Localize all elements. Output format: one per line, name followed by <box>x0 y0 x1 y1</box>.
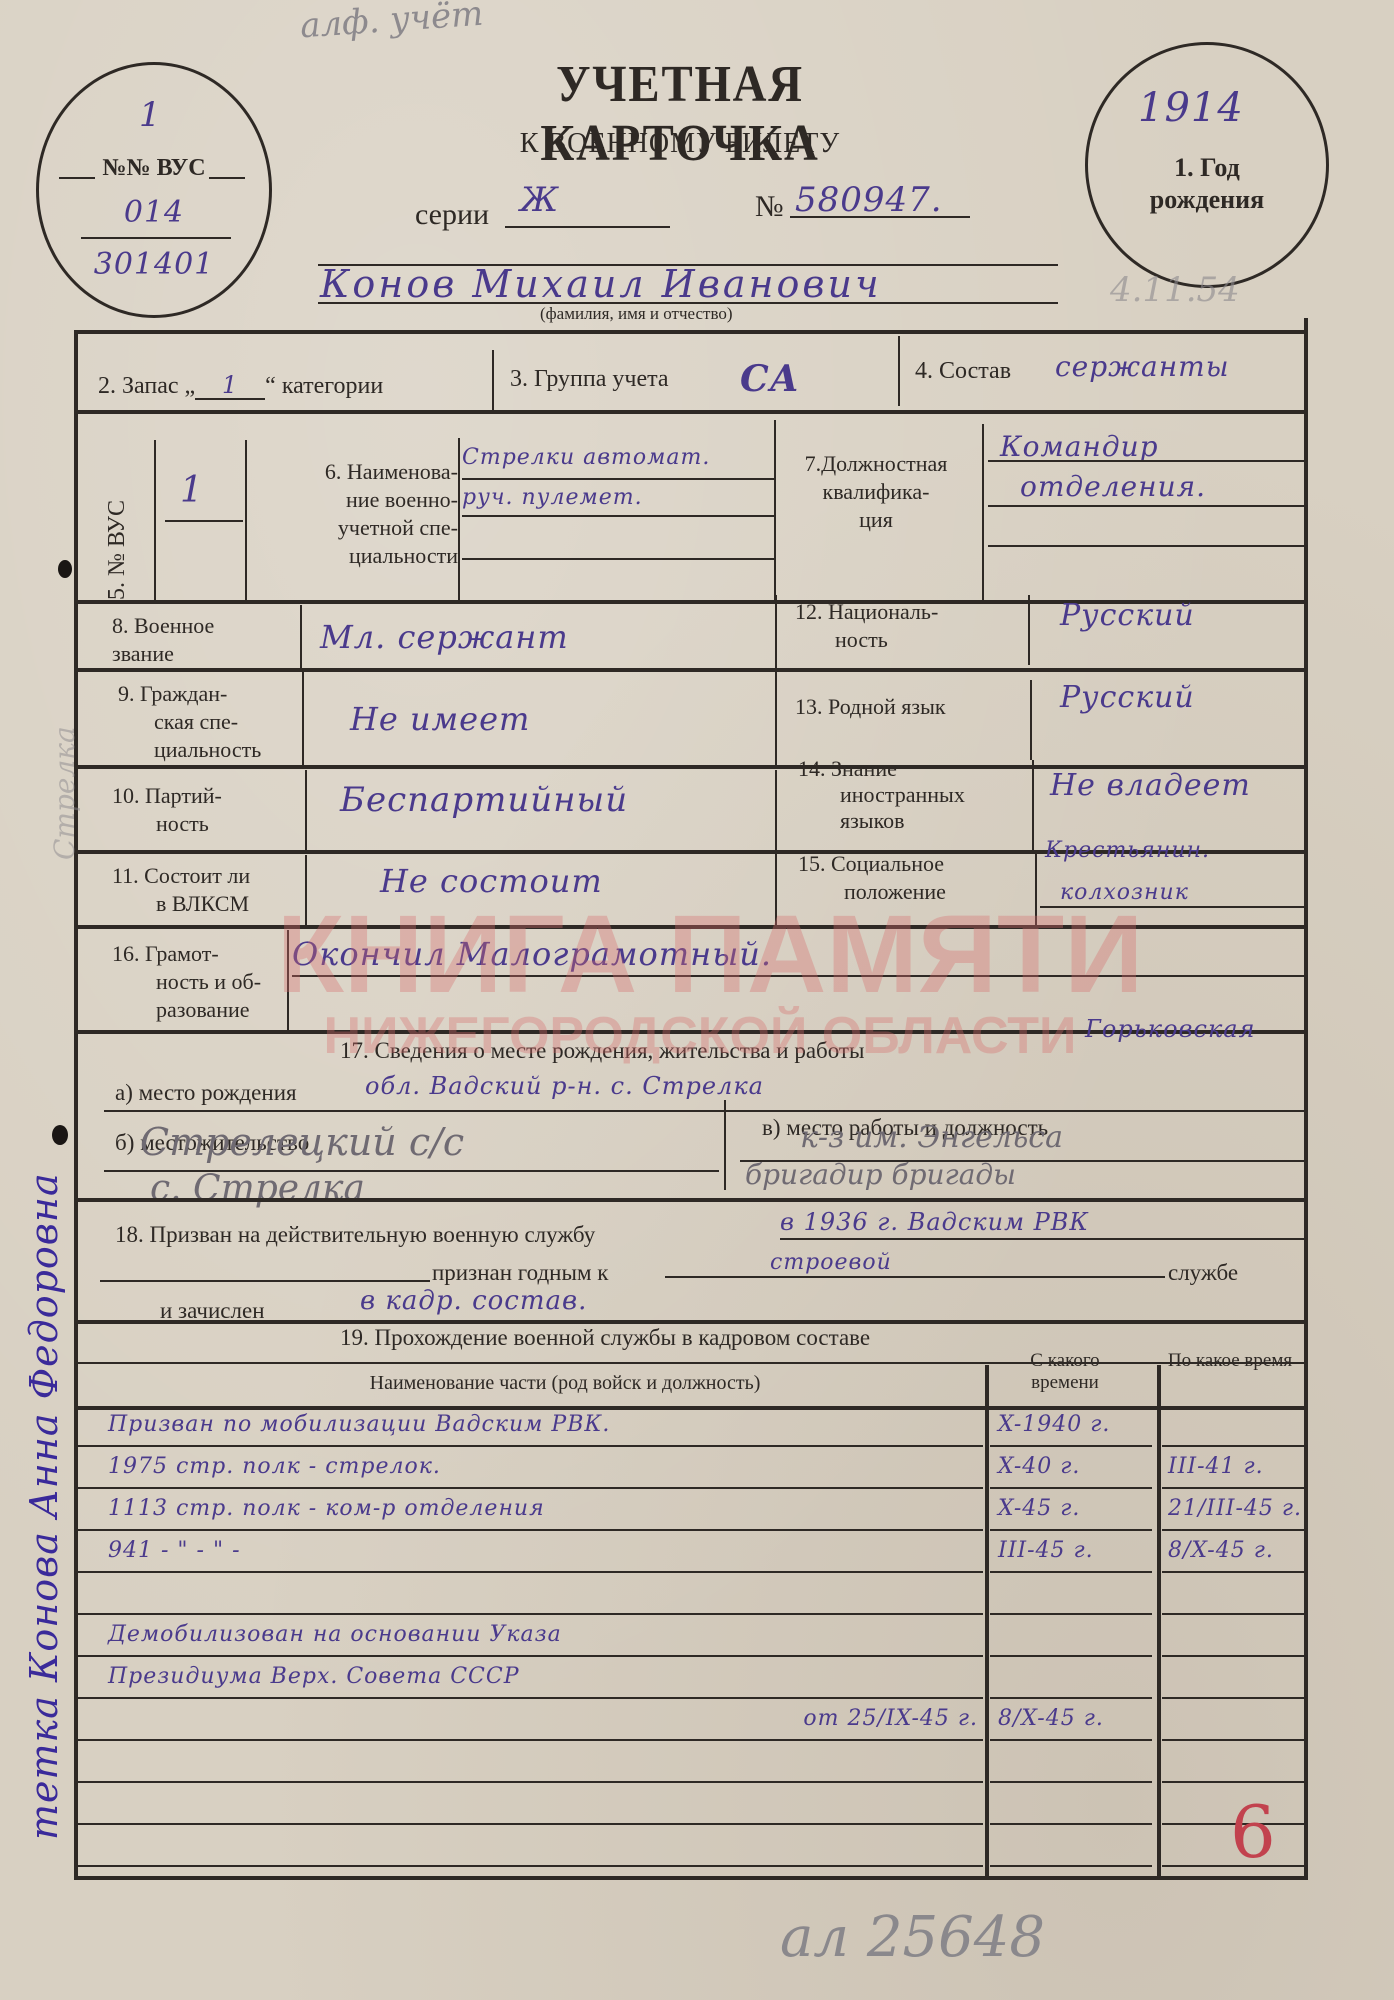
margin-note-faint: Стрелка <box>48 726 81 860</box>
field-10-value: Беспартийный <box>340 780 628 820</box>
residence-value-1: Стрелецкий с/с <box>140 1120 464 1164</box>
table-row: Демобилизован на основании Указа <box>78 1616 1304 1658</box>
vus-bottom-value: 301401 <box>79 247 229 282</box>
vus-top-value: 1 <box>139 95 162 135</box>
table-row: 1113 стр. полк - ком-р отделенияX-45 г.2… <box>78 1490 1304 1532</box>
series-label: серии <box>415 198 489 232</box>
section-18-value: в 1936 г. Вадским РВК <box>780 1208 1089 1236</box>
field-15-label: 15. Социальное положение <box>798 850 946 906</box>
service-col-to: По какое время <box>1165 1350 1295 1372</box>
margin-note: тетка Конова Анна Федоровна <box>22 1172 66 1840</box>
service-from: III-45 г. <box>998 1538 1158 1563</box>
field-14-value: Не владеет <box>1050 768 1251 803</box>
table-row <box>78 1574 1304 1616</box>
service-unit: Демобилизован на основании Указа <box>108 1622 978 1647</box>
birth-year-value: 1914 <box>1138 85 1244 131</box>
service-from: X-40 г. <box>998 1454 1158 1479</box>
pencil-bottom-note: ал 25648 <box>780 1905 1045 1970</box>
field-16-label: 16. Грамот- ность и об- разование <box>112 940 261 1024</box>
field-11-label: 11. Состоит ли в ВЛКСМ <box>112 862 250 918</box>
table-row: от 25/IX-45 г.8/X-45 г. <box>78 1700 1304 1742</box>
table-right-border <box>1304 318 1308 1880</box>
service-unit: от 25/IX-45 г. <box>108 1706 998 1731</box>
field-5-label: 5. № ВУС <box>104 450 131 600</box>
birthplace-label: а) место рождения <box>115 1080 297 1106</box>
pencil-right-note: 4.11.54 <box>1110 270 1240 310</box>
field-16-value: Окончил Малограмотный. <box>292 935 772 973</box>
field-10-label: 10. Партий- ность <box>112 782 222 838</box>
field-14-label: 14. Знание иностранных языков <box>798 756 965 834</box>
number-value: 580947. <box>795 180 943 220</box>
field-15-value-1: Крестьянин. <box>1045 838 1210 863</box>
field-2-value: 1 <box>195 372 265 400</box>
field-12-label: 12. Националь- ность <box>795 598 938 654</box>
series-value: Ж <box>520 180 559 220</box>
birth-year-stamp: 1914 1. Год рождения <box>1085 42 1329 288</box>
field-6-label: 6. Наименова- ние военно- учетной спе- ц… <box>258 458 458 570</box>
service-col-from: С какого времени <box>1000 1350 1130 1394</box>
punch-hole <box>58 560 72 578</box>
field-9-label: 9. Граждан- ская спе- циальность <box>118 680 261 764</box>
pencil-top-note: алф. учёт <box>299 0 485 46</box>
fit-value: строевой <box>770 1250 892 1275</box>
full-name: Конов Михаил Иванович <box>320 262 882 306</box>
table-row: 1975 стр. полк - стрелок.X-40 г.III-41 г… <box>78 1448 1304 1490</box>
service-to: 21/III-45 г. <box>1168 1496 1328 1521</box>
residence-value-2: с. Стрелка <box>150 1168 365 1209</box>
vus-middle-value: 014 <box>99 195 209 230</box>
field-11-value: Не состоит <box>380 862 603 900</box>
field-9-value: Не имеет <box>350 700 530 738</box>
vus-stamp: 1 №№ ВУС 014 301401 <box>36 62 272 318</box>
service-col-unit: Наименование части (род войск и должност… <box>160 1372 970 1395</box>
field-3-value: СА <box>740 358 800 400</box>
full-name-caption: (фамилия, имя и отчество) <box>540 304 733 324</box>
section-17-region: Горьковская <box>1085 1015 1256 1043</box>
service-from: X-1940 г. <box>998 1412 1158 1437</box>
section-19-heading: 19. Прохождение военной службы в кадрово… <box>340 1325 870 1351</box>
field-13-label: 13. Родной язык <box>795 694 946 720</box>
table-row <box>78 1784 1304 1826</box>
field-7-value-1: Командир <box>1000 430 1159 463</box>
field-7-label: 7.Должностная квалифика- ция <box>776 450 976 534</box>
service-unit: 1975 стр. полк - стрелок. <box>108 1454 978 1479</box>
birth-year-label-2: рождения <box>1088 185 1326 215</box>
field-6-value-2: руч. пулемет. <box>462 485 643 510</box>
table-row <box>78 1826 1304 1868</box>
service-unit: Президиума Верх. Совета СССР <box>108 1664 978 1689</box>
workplace-value-1: к-з им. Энгельса <box>800 1120 1063 1155</box>
service-unit: 941 - " - " - <box>108 1538 978 1563</box>
field-5-value: 1 <box>180 470 204 511</box>
table-top-border <box>74 330 1308 334</box>
field-13-value: Русский <box>1060 680 1195 715</box>
section-17-heading: 17. Сведения о месте рождения, жительств… <box>340 1038 864 1064</box>
table-row <box>78 1742 1304 1784</box>
table-row: Президиума Верх. Совета СССР <box>78 1658 1304 1700</box>
service-unit: 1113 стр. полк - ком-р отделения <box>108 1496 978 1521</box>
service-from: 8/X-45 г. <box>998 1706 1158 1731</box>
service-to: III-41 г. <box>1168 1454 1328 1479</box>
fit-label-post: службе <box>1168 1260 1238 1286</box>
field-2-label: 2. Запас „1“ категории <box>98 372 383 400</box>
field-8-label: 8. Военное звание <box>112 612 214 668</box>
table-row: 941 - " - " -III-45 г.8/X-45 г. <box>78 1532 1304 1574</box>
field-8-value: Мл. сержант <box>320 618 569 656</box>
red-page-number: 6 <box>1230 1790 1276 1874</box>
birth-year-label-1: 1. Год <box>1088 153 1326 183</box>
field-3-label: 3. Группа учета <box>510 366 669 393</box>
table-row: Призван по мобилизации Вадским РВК.X-194… <box>78 1406 1304 1448</box>
field-6-value-1: Стрелки автомат. <box>462 445 710 470</box>
field-12-value: Русский <box>1060 598 1195 633</box>
field-4-label: 4. Состав <box>915 358 1011 385</box>
field-7-value-2: отделения. <box>1020 470 1206 503</box>
enrolled-value: в кадр. состав. <box>360 1286 587 1316</box>
service-from: X-45 г. <box>998 1496 1158 1521</box>
punch-hole <box>52 1125 68 1145</box>
field-15-value-2: колхозник <box>1060 880 1189 905</box>
service-to: 8/X-45 г. <box>1168 1538 1328 1563</box>
table-bottom-border <box>74 1876 1308 1880</box>
workplace-value-2: бригадир бригады <box>745 1158 1016 1191</box>
document-subtitle: К ВОЕННОМУ БИЛЕТУ <box>420 128 940 160</box>
section-18-label: 18. Призван на действительную военную сл… <box>115 1222 595 1248</box>
fit-label: признан годным к <box>432 1260 608 1286</box>
service-unit: Призван по мобилизации Вадским РВК. <box>108 1412 978 1437</box>
number-label: № <box>755 190 784 224</box>
field-4-value: сержанты <box>1055 350 1230 383</box>
birthplace-value: обл. Вадский р-н. с. Стрелка <box>365 1072 764 1100</box>
